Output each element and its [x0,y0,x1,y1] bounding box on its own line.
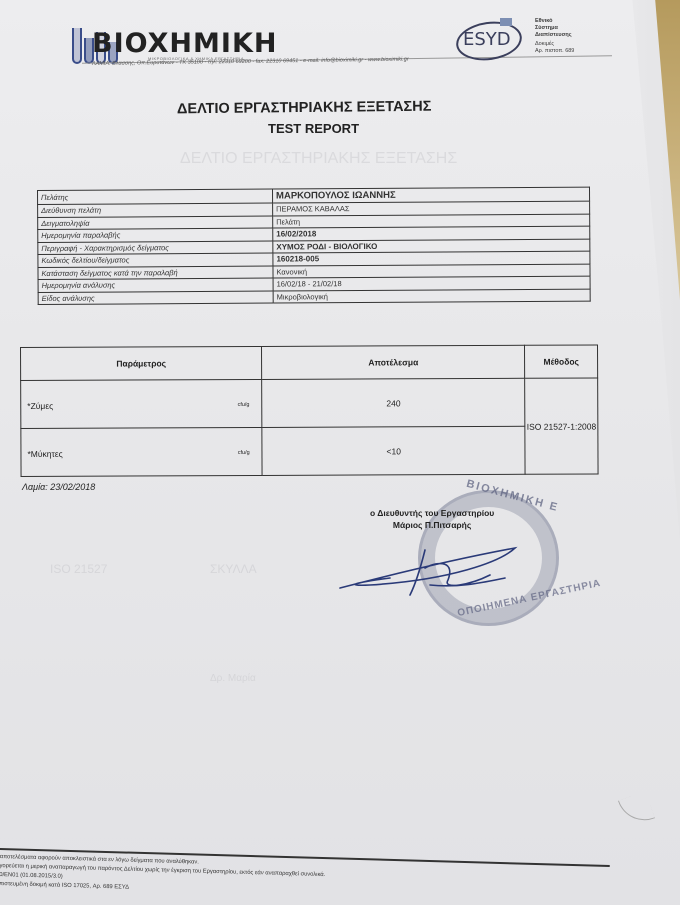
bleed-through-text: ΣΚΥΛΛΑ [210,562,257,576]
unit-label: cfu/g [238,402,250,408]
header-parameter: Παράμετρος [21,346,262,380]
eu-flag-icon [500,18,512,26]
accreditation-line: Αρ. πιστοπ. 689 [535,48,574,55]
accreditation-line: Διαπίστευσης [535,32,574,39]
accreditation-info: Εθνικό Σύστημα Διαπίστευσης Δοκιμές Αρ. … [535,18,574,55]
footer: αποτελέσματα αφορούν αποκλειστικά στα εν… [0,848,640,866]
table-row: Είδος ανάλυσηςΜικροβιολογική [38,289,590,305]
info-label: Είδος ανάλυσης [38,291,273,305]
method-value: ISO 21527-1:2008 [525,378,598,474]
esyd-logo-text: ESYD [463,29,511,50]
parameter-cell: *Ζύμες cfu/g [21,379,262,428]
brand-name: BIOXHMIKH [92,28,277,59]
result-value: 240 [262,378,525,427]
place-date: Λαμία: 23/02/2018 [22,482,95,492]
unit-label: cfu/g [238,450,250,456]
accreditation-line: Δοκιμές [535,41,574,48]
results-table: Παράμετρος Αποτέλεσμα Μέθοδος *Ζύμες cfu… [20,344,599,477]
header-result: Αποτέλεσμα [262,345,525,379]
parameter-cell: *Μύκητες cfu/g [21,427,262,476]
footer-line: πιστευμένη δοκιμή κατά ISO 17025, Αρ. 68… [0,881,129,891]
bleed-through-text: Δρ. Μαρία [210,673,256,684]
signatory-name: Μάριος Π.Πιτσαρής [370,519,494,531]
result-value: <10 [262,426,525,475]
letterhead: BIOXHMIKH ΜΙΚΡΟΒΙΟΛΟΓΙΚΑ & ΧΗΜΙΚΑ ΕΡΓΑΣΤ… [62,14,622,72]
bleed-through-text: ΔΕΛΤΙΟ ΕΡΓΑΣΤΗΡΙΑΚΗΣ ΕΞΕΤΑΣΗΣ [180,150,457,168]
accreditation-line: Σύστημα [535,25,574,32]
report-title-english: TEST REPORT [268,121,359,136]
accreditation-line: Εθνικό [535,18,574,25]
table-row: *Μύκητες cfu/g <10 [21,426,598,477]
info-label: Πελάτης [38,189,273,204]
report-title-greek: ΔΕΛΤΙΟ ΕΡΓΑΣΤΗΡΙΑΚΗΣ ΕΞΕΤΑΣΗΣ [177,99,432,118]
document-page: BIOXHMIKH ΜΙΚΡΟΒΙΟΛΟΓΙΚΑ & ΧΗΜΙΚΑ ΕΡΓΑΣΤ… [0,0,680,905]
signatory-role: ο Διευθυντής του Εργαστηρίου [370,507,494,519]
bleed-through-text: ISO 21527 [50,562,107,576]
signatory-block: ο Διευθυντής του Εργαστηρίου Μάριος Π.Πι… [370,507,494,531]
info-value: Μικροβιολογική [273,289,590,303]
signature-icon [330,540,530,600]
footer-line: 0/ΕΝ01 (01.08.2015/3.0) [0,872,63,880]
header-method: Μέθοδος [525,345,598,378]
parameter-name: *Μύκητες [27,449,62,459]
table-row: *Ζύμες cfu/g 240 ISO 21527-1:2008 [21,378,598,429]
sample-info-table: ΠελάτηςΜΑΡΚΟΠΟΥΛΟΣ ΙΩΑΝΝΗΣΔιεύθυνση πελά… [37,187,591,305]
paper-curl-mark [618,791,655,828]
parameter-name: *Ζύμες [27,401,53,411]
